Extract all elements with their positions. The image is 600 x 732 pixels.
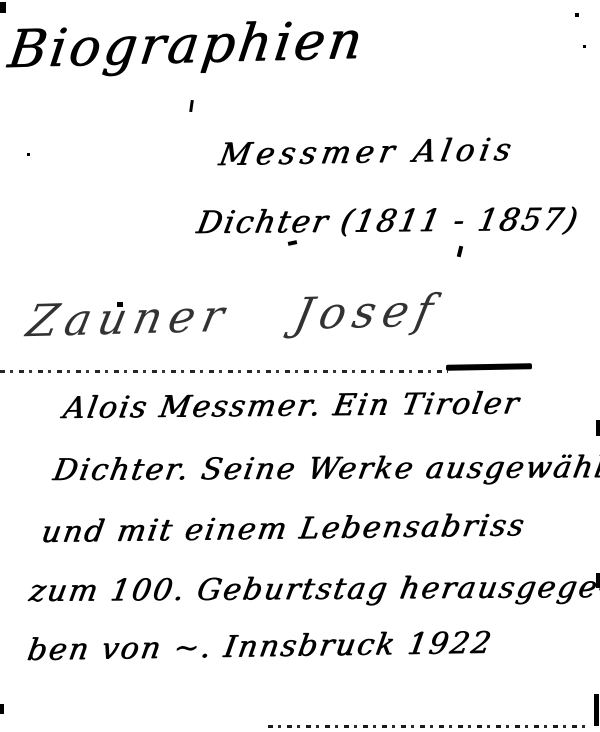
ink-speck bbox=[27, 153, 30, 156]
ink-speck bbox=[583, 45, 586, 48]
scan-artifact-line bbox=[0, 370, 448, 373]
body-line: Alois Messmer. Ein Tiroler bbox=[61, 389, 522, 424]
ink-speck bbox=[189, 100, 194, 112]
heading-underline bbox=[446, 363, 532, 371]
scanned-catalog-card: Biographien Messmer Alois Dichter (1811 … bbox=[0, 0, 600, 732]
author-dates-line: Dichter (1811 - 1857) bbox=[194, 205, 581, 239]
ink-speck bbox=[288, 240, 298, 246]
body-line: und mit einem Lebensabriss bbox=[39, 511, 528, 548]
ink-speck bbox=[575, 13, 579, 17]
category-header: Biographien bbox=[5, 15, 368, 77]
ink-speck bbox=[0, 704, 4, 714]
body-line: zum 100. Geburtstag herausgege- bbox=[27, 573, 600, 607]
author-name-line: Messmer Alois bbox=[217, 135, 519, 171]
ink-speck bbox=[594, 694, 599, 726]
ink-speck bbox=[596, 420, 600, 436]
body-line: ben von ~. Innsbruck 1922 bbox=[25, 629, 495, 666]
scan-artifact-line bbox=[268, 725, 590, 728]
body-line: Dichter. Seine Werke ausgewählt bbox=[51, 453, 600, 486]
entry-heading: Zauner Josef bbox=[23, 289, 443, 344]
ink-speck bbox=[457, 246, 464, 258]
ink-speck bbox=[117, 302, 123, 307]
ink-speck bbox=[0, 2, 6, 13]
ink-speck bbox=[596, 573, 600, 588]
